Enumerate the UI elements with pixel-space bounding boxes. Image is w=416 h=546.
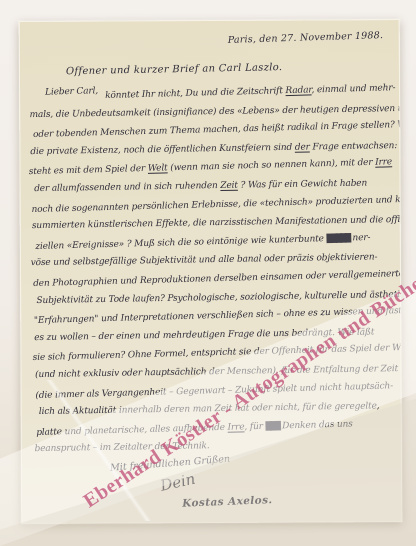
body-text-segment: , für [244, 421, 265, 432]
body-text-segment: , einmal und mehr- [311, 83, 395, 95]
body-text-segment: platte und planetarische, alles aufheben… [36, 423, 228, 438]
body-text-segment: (wenn man sie noch so nennen kann), mit … [167, 158, 375, 174]
body-text-segment: der [295, 142, 310, 152]
signature: Kostas Axelos. [182, 494, 273, 510]
letter-sheet: Paris, den 27. November 1988. Offener un… [19, 19, 403, 524]
body-text-segment: ner- [350, 233, 371, 244]
body-text-segment: beansprucht – im Zeitalter der Technik. [35, 441, 210, 454]
body-text-segment: Denken das uns [279, 419, 352, 431]
body-text-segment: könntet Ihr nicht, Du und die Zeitschrif… [105, 86, 286, 101]
letter-photo: Paris, den 27. November 1988. Offener un… [0, 0, 416, 546]
body-text-segment: Irre [375, 158, 392, 168]
body-text-segment: Lieber Carl, [45, 86, 98, 97]
body-text-segment: steht es mit dem Spiel der [29, 164, 148, 177]
letter-title: Offener und kurzer Brief an Carl Laszlo. [66, 62, 283, 77]
body-text-segment: ███ [265, 421, 279, 430]
closing-word-dein: Dein [159, 470, 197, 495]
body-text-segment: der allumfassenden und in sich ruhenden [34, 181, 220, 194]
body-text-segment: lich als Aktualität innerhalb deren man … [39, 401, 380, 417]
dateline: Paris, den 27. November 1988. [227, 30, 383, 46]
body-text-segment: Frage entwachsen: wie [310, 141, 403, 153]
body-text-segment: Welt [148, 164, 168, 175]
body-text-segment: Irre [227, 422, 244, 432]
body-text-segment: Zeit [220, 181, 238, 191]
body-text-segment: █████ [326, 233, 350, 243]
body-text-segment: die private Existenz, noch die öffentlic… [30, 143, 295, 157]
body-text-segment: Radar [285, 85, 311, 96]
body-text-segment: (und nicht exklusiv oder hauptsächlich d… [35, 364, 398, 380]
body-text-segment: ? Was für ein Gewicht haben [238, 179, 367, 191]
letter-body: Lieber Carl,könntet Ihr nicht, Du und di… [29, 80, 402, 459]
